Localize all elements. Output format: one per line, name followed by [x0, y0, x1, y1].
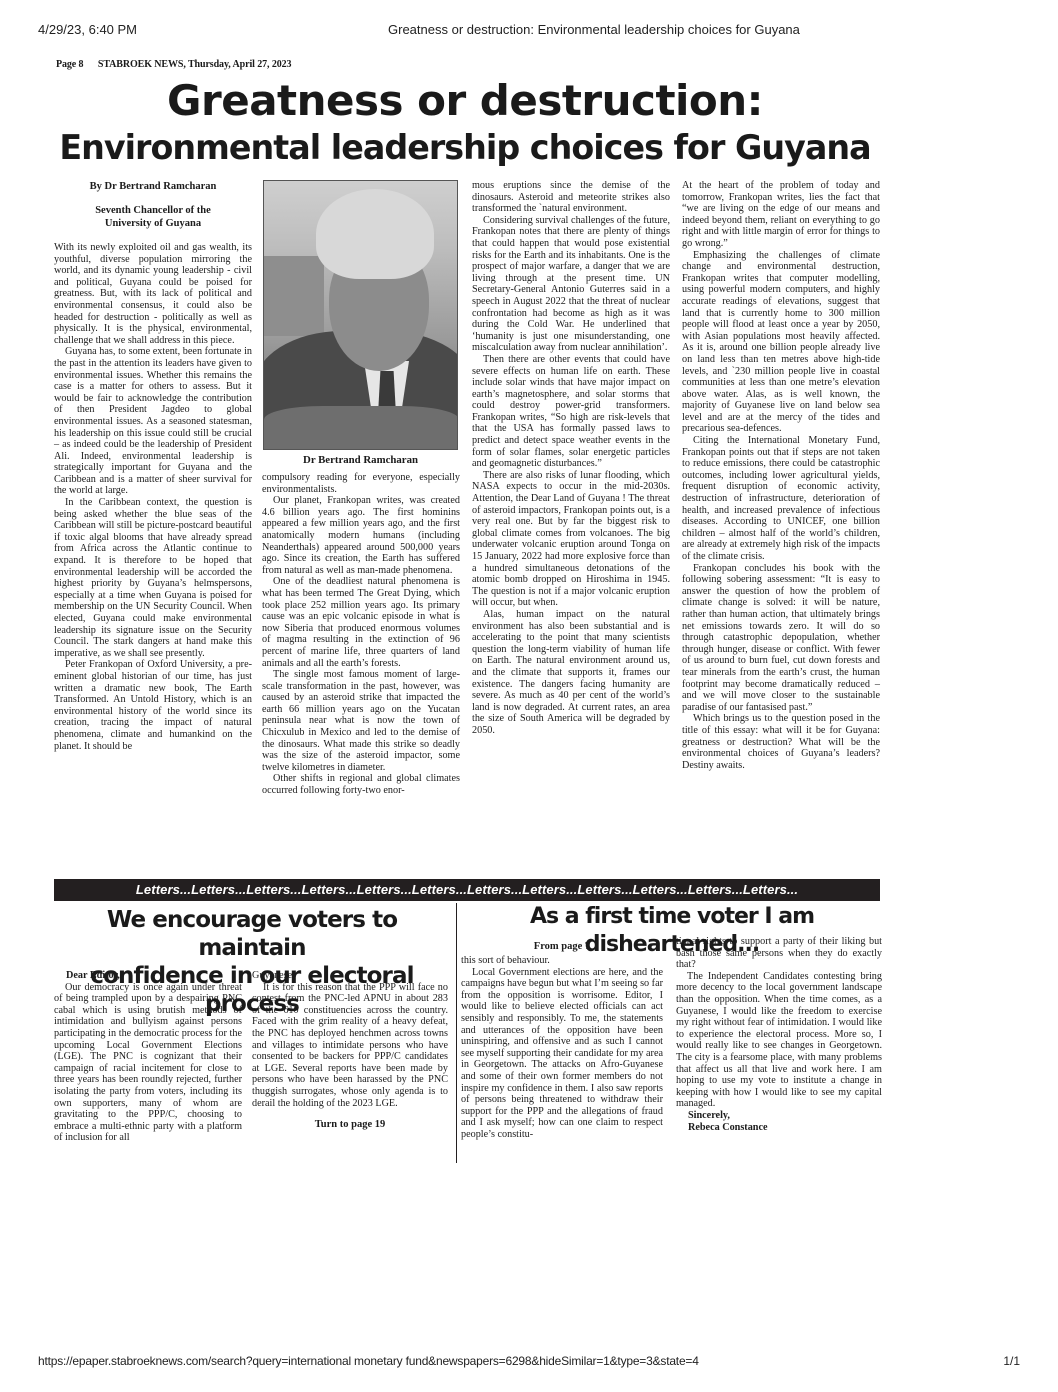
letter2-column-1: From page 7 this sort of behaviour. Loca…	[461, 940, 663, 1141]
print-page-title: Greatness or destruction: Environmental …	[388, 22, 800, 37]
newspaper-folio: Page 8 STABROEK NEWS, Thursday, April 27…	[56, 59, 291, 70]
paragraph: Alas, human impact on the natural enviro…	[472, 609, 670, 737]
paragraph: Considering survival challenges of the f…	[472, 215, 670, 354]
paragraph: With its newly exploited oil and gas wea…	[54, 242, 252, 346]
paragraph: Our democracy is once again under threat…	[54, 982, 242, 1144]
paragraph: Emphasizing the challenges of climate ch…	[682, 250, 880, 436]
letter2-signoff: Sincerely,	[676, 1110, 882, 1122]
paragraph: Guyana has, to some extent, been fortuna…	[54, 346, 252, 497]
paragraph: In the Caribbean context, the question i…	[54, 497, 252, 659]
letters-section-banner: Letters...Letters...Letters...Letters...…	[54, 879, 880, 901]
letter2-signature: Rebeca Constance	[676, 1122, 882, 1134]
author-portrait-photo	[263, 180, 458, 450]
print-header: 4/29/23, 6:40 PM Greatness or destructio…	[38, 22, 1020, 38]
paragraph: Frankopan concludes his book with the fo…	[682, 563, 880, 714]
print-footer: https://epaper.stabroeknews.com/search?q…	[38, 1354, 1020, 1370]
article-column-2: compulsory reading for everyone, especia…	[262, 472, 460, 797]
article-column-4: At the heart of the problem of today and…	[682, 180, 880, 771]
paragraph: tional rights to support a party of thei…	[676, 936, 882, 971]
letter1-column-2: Guyanese. It is for this reason that the…	[252, 970, 448, 1131]
folio-page-number: Page 8	[56, 59, 83, 70]
paragraph: Local Government elections are here, and…	[461, 967, 663, 1141]
paragraph: Our planet, Frankopan writes, was create…	[262, 495, 460, 576]
letter1-headline-line1: We encourage voters to maintain	[52, 906, 452, 962]
paragraph: It is for this reason that the PPP will …	[252, 982, 448, 1110]
source-url: https://epaper.stabroeknews.com/search?q…	[38, 1354, 699, 1368]
paragraph: One of the deadliest natural phenomena i…	[262, 576, 460, 669]
print-datetime: 4/29/23, 6:40 PM	[38, 22, 137, 37]
letter1-salutation: Dear Editor,	[54, 970, 242, 982]
paragraph: The Independent Candidates contesting br…	[676, 971, 882, 1110]
affiliation-line2: University of Guyana	[54, 218, 252, 231]
letter2-column-2: tional rights to support a party of thei…	[676, 936, 882, 1133]
folio-publication: STABROEK NEWS, Thursday, April 27, 2023	[98, 59, 292, 70]
letter1-jump-link: Turn to page 19	[252, 1119, 448, 1131]
article-column-3: mous eruptions since the demise of the d…	[472, 180, 670, 737]
paragraph: mous eruptions since the demise of the d…	[472, 180, 670, 215]
photo-caption: Dr Bertrand Ramcharan	[263, 454, 458, 466]
paragraph: At the heart of the problem of today and…	[682, 180, 880, 250]
column-divider	[456, 903, 457, 1163]
paragraph: Which brings us to the question posed in…	[682, 713, 880, 771]
letter2-continued-from: From page 7	[461, 940, 663, 953]
article-headline-line2: Environmental leadership choices for Guy…	[58, 126, 871, 170]
author-affiliation: Seventh Chancellor of the University of …	[54, 205, 252, 230]
paragraph: Peter Frankopan of Oxford University, a …	[54, 659, 252, 752]
paragraph: Other shifts in regional and global clim…	[262, 773, 460, 796]
paragraph: Citing the International Monetary Fund, …	[682, 435, 880, 563]
paragraph: compulsory reading for everyone, especia…	[262, 472, 460, 495]
paragraph: this sort of behaviour.	[461, 955, 663, 967]
print-page-count: 1/1	[1003, 1354, 1020, 1368]
paragraph: There are also risks of lunar flooding, …	[472, 470, 670, 609]
paragraph: Guyanese.	[252, 970, 448, 982]
article-byline: By Dr Bertrand Ramcharan	[54, 180, 252, 193]
affiliation-line1: Seventh Chancellor of the	[54, 205, 252, 218]
article-column-1: By Dr Bertrand Ramcharan Seventh Chancel…	[54, 180, 252, 752]
paragraph: Then there are other events that could h…	[472, 354, 670, 470]
paragraph: The single most famous moment of large-s…	[262, 669, 460, 773]
article-headline-line1: Greatness or destruction:	[50, 76, 880, 126]
letter1-column-1: Dear Editor, Our democracy is once again…	[54, 970, 242, 1144]
